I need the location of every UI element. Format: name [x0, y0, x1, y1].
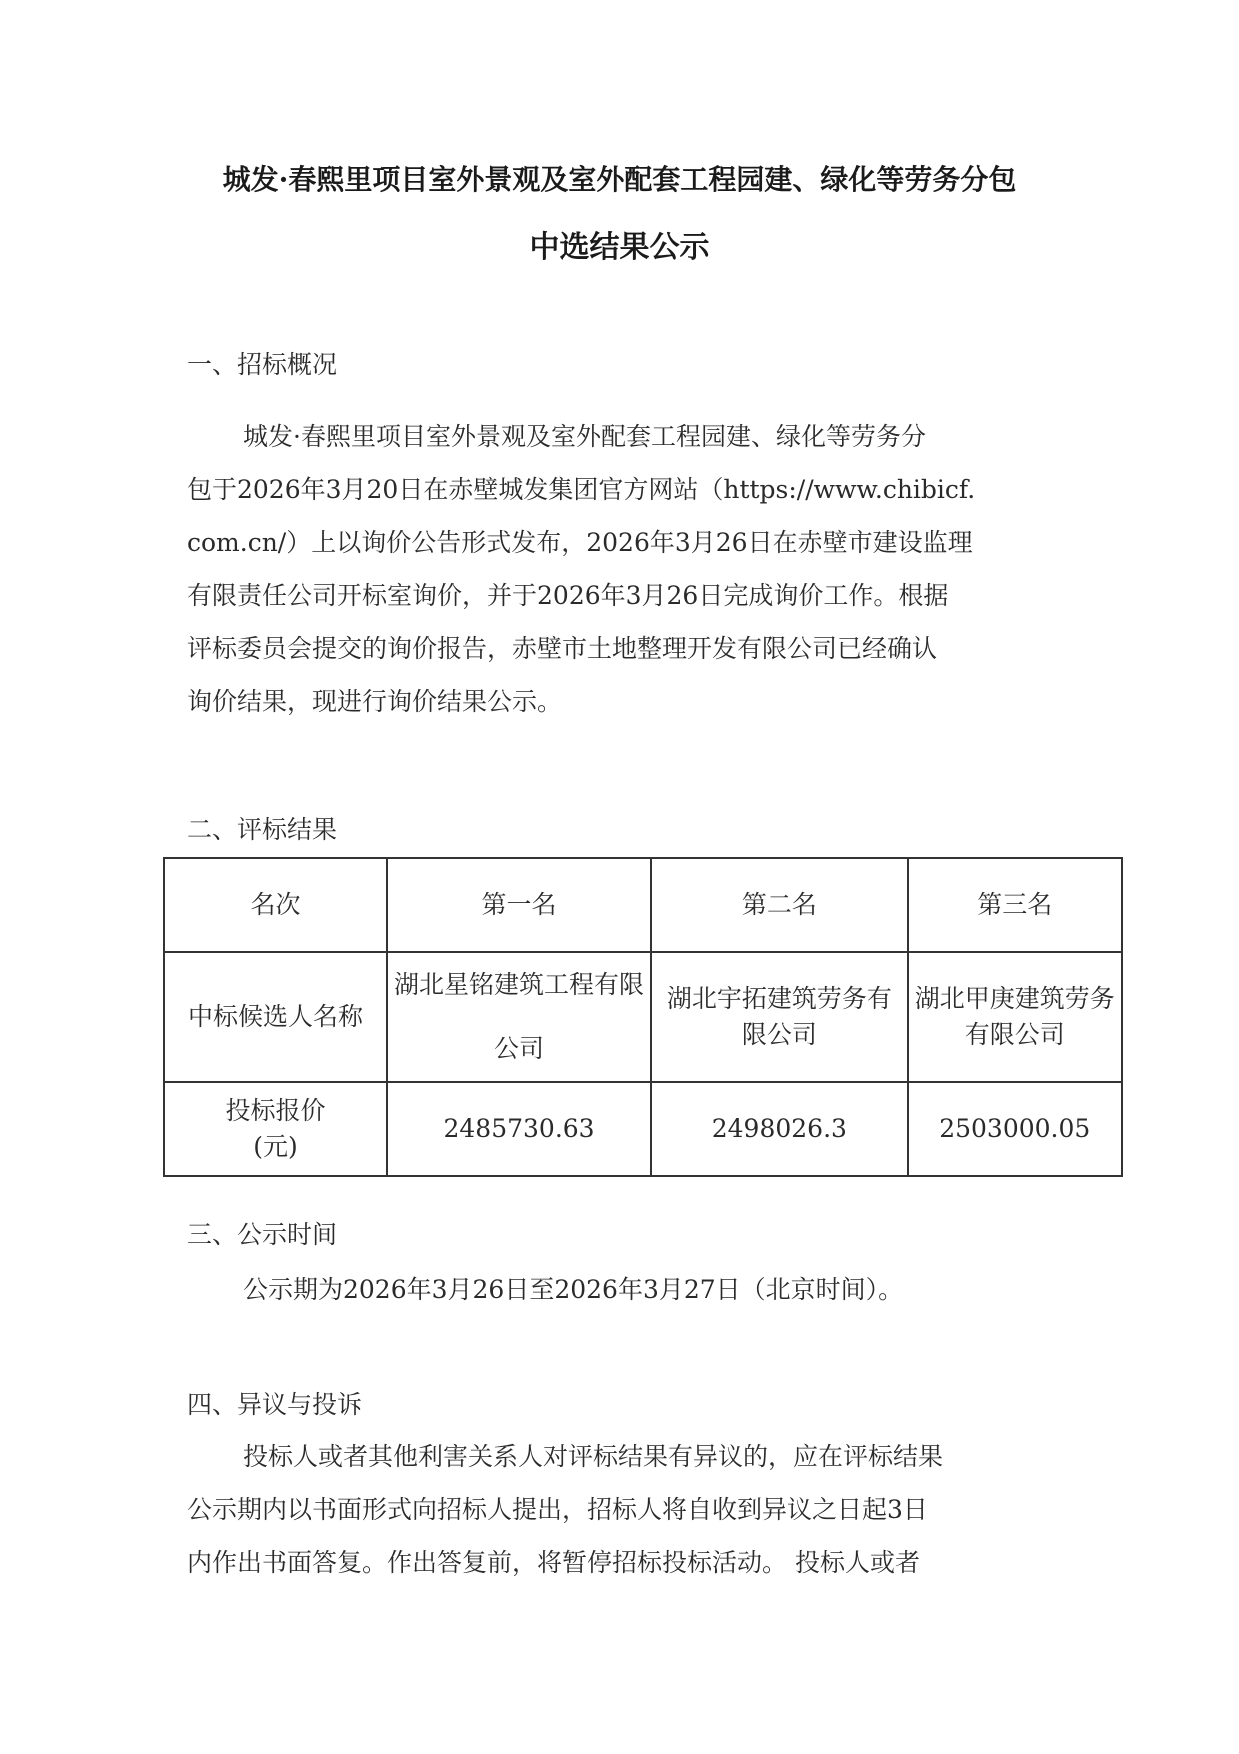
table-cell: 湖北宇拓建筑劳务有限公司 — [651, 952, 907, 1082]
paragraph-line: 城发·春熙里项目室外景观及室外配套工程园建、绿化等劳务分 — [187, 410, 1047, 463]
document-subtitle: 中选结果公示 — [0, 222, 1239, 266]
paragraph-line: com.cn/）上以询价公告形式发布，2026年3月26日在赤壁市建设监理 — [187, 516, 1047, 569]
table-header-cell: 第三名 — [908, 858, 1122, 952]
table-header-cell: 第一名 — [387, 858, 651, 952]
table-cell: 2503000.05 — [908, 1082, 1122, 1176]
paragraph-line: 公示期为2026年3月26日至2026年3月27日（北京时间）。 — [187, 1263, 1047, 1316]
results-table: 名次 第一名 第二名 第三名 中标候选人名称 湖北星铭建筑工程有限公司 湖北宇拓… — [163, 857, 1123, 1177]
table-cell: 湖北甲庚建筑劳务有限公司 — [908, 952, 1122, 1082]
table-cell: 湖北星铭建筑工程有限公司 — [387, 952, 651, 1082]
paragraph-line: 内作出书面答复。作出答复前，将暂停招标投标活动。 投标人或者 — [187, 1536, 1047, 1589]
paragraph-line: 包于2026年3月20日在赤壁城发集团官方网站（https://www.chib… — [187, 463, 1047, 516]
paragraph-line: 询价结果，现进行询价结果公示。 — [187, 675, 1047, 728]
section-publicity-paragraph: 公示期为2026年3月26日至2026年3月27日（北京时间）。 — [187, 1263, 1047, 1316]
table-cell: 2485730.63 — [387, 1082, 651, 1176]
row-label: 中标候选人名称 — [164, 952, 387, 1082]
paragraph-line: 评标委员会提交的询价报告，赤壁市土地整理开发有限公司已经确认 — [187, 622, 1047, 675]
section-objections-paragraph: 投标人或者其他利害关系人对评标结果有异议的，应在评标结果 公示期内以书面形式向招… — [187, 1430, 1047, 1589]
table-header-row: 名次 第一名 第二名 第三名 — [164, 858, 1122, 952]
table-header-cell: 第二名 — [651, 858, 907, 952]
table-header-cell: 名次 — [164, 858, 387, 952]
paragraph-line: 有限责任公司开标室询价，并于2026年3月26日完成询价工作。根据 — [187, 569, 1047, 622]
section-heading-publicity-period: 三、公示时间 — [187, 1215, 337, 1251]
document-title: 城发·春熙里项目室外景观及室外配套工程园建、绿化等劳务分包 — [0, 158, 1239, 198]
table-row-candidate-names: 中标候选人名称 湖北星铭建筑工程有限公司 湖北宇拓建筑劳务有限公司 湖北甲庚建筑… — [164, 952, 1122, 1082]
table-cell: 2498026.3 — [651, 1082, 907, 1176]
paragraph-line: 公示期内以书面形式向招标人提出，招标人将自收到异议之日起3日 — [187, 1483, 1047, 1536]
section-heading-overview: 一、招标概况 — [187, 345, 337, 381]
table-row-bid-price: 投标报价(元) 2485730.63 2498026.3 2503000.05 — [164, 1082, 1122, 1176]
paragraph-line: 投标人或者其他利害关系人对评标结果有异议的，应在评标结果 — [187, 1430, 1047, 1483]
section-heading-objections: 四、异议与投诉 — [187, 1385, 362, 1421]
section-overview-paragraph: 城发·春熙里项目室外景观及室外配套工程园建、绿化等劳务分 包于2026年3月20… — [187, 410, 1047, 728]
row-label: 投标报价(元) — [164, 1082, 387, 1176]
section-heading-results: 二、评标结果 — [187, 810, 337, 846]
